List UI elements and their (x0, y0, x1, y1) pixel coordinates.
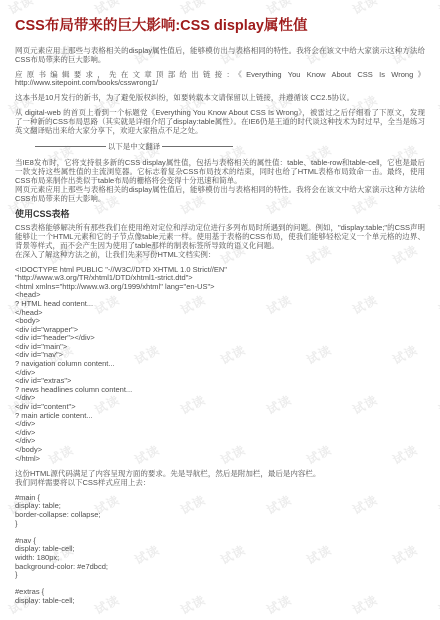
book-link-paragraph: 应原书编辑要求，先在文章顶部给出链接：《Everything You Know … (15, 71, 425, 89)
html-code-line: </html> (15, 455, 425, 464)
css-code-line: background-color: #e7dbcd; (15, 563, 425, 572)
html-code-line: ? navigation column content... (15, 360, 425, 369)
css-code-line: } (15, 520, 425, 529)
intro-repeat-paragraph: 网页元素应用上那些与表格相关的display属性值后，能够模仿出与表格相同的特性… (15, 186, 425, 204)
article-content: CSS布局带来的巨大影响:CSS display属性值 网页元素应用上那些与表格… (0, 0, 440, 606)
css-code-block: #main {display: table;border-collapse: c… (15, 494, 425, 606)
html-code-line: </div> (15, 437, 425, 446)
css-code-line: } (15, 571, 425, 580)
css-code-line: border-collapse: collapse; (15, 511, 425, 520)
html-code-line: </div> (15, 369, 425, 378)
html-code-line: </div> (15, 394, 425, 403)
source-note-paragraph: 从 digital-web 的首页上看到一个标题党《Everything You… (15, 109, 425, 135)
html-code-line: </body> (15, 446, 425, 455)
intro-paragraph: 网页元素应用上那些与表格相关的display属性值后，能够模仿出与表格相同的特性… (15, 47, 425, 65)
html-code-line: </div> (15, 429, 425, 438)
document-preview-page: 试读试读试读试读试读试读试读试读试读试读试读试读试读试读试读试读试读试读试读试读… (0, 0, 440, 620)
css-code-line: display: table-cell; (15, 545, 425, 554)
example-lead-paragraph: 在深入了解这种方法之前，让我们先来写份HTML文档实例： (15, 251, 425, 260)
divider-line-left (35, 146, 106, 147)
css-tables-paragraph: CSS表格能够解决所有那些我们在使用绝对定位和浮动定位进行多列布局时所遇到的问题… (15, 224, 425, 250)
html-code-line: <div id="main"> (15, 343, 425, 352)
ie8-paragraph: 当IE8发布时，它将支持很多新的CSS display属性值，包括与表格相关的属… (15, 159, 425, 185)
html-code-line: <div id="header"></div> (15, 334, 425, 343)
article-title: CSS布局带来的巨大影响:CSS display属性值 (15, 18, 425, 35)
translation-divider: 以下是中文翻译 (35, 141, 233, 152)
copyright-paragraph: 这本书是10月发行的新书，为了避免版权纠纷，如要转载本文请保留以上链接，并遵循该… (15, 94, 425, 103)
html-code-line: ? HTML head content... (15, 300, 425, 309)
css-code-line: #nav { (15, 537, 425, 546)
html-code-block: <!DOCTYPE html PUBLIC "-//W3C//DTD XHTML… (15, 266, 425, 464)
section-heading: 使用CSS表格 (15, 209, 425, 219)
css-code-line (15, 528, 425, 537)
css-code-line: display: table-cell; (15, 597, 425, 606)
html-code-line: </div> (15, 420, 425, 429)
divider-label: 以下是中文翻译 (106, 141, 163, 152)
css-code-line: #main { (15, 494, 425, 503)
html-code-line: ? news headlines column content... (15, 386, 425, 395)
html-code-line: </head> (15, 309, 425, 318)
css-lead-paragraph: 我们同样需要将以下CSS样式应用上去： (15, 479, 425, 488)
css-code-line (15, 580, 425, 589)
html-code-line: <html xmlns="http://www.w3.org/1999/xhtm… (15, 283, 425, 292)
html-code-line: ? main article content... (15, 412, 425, 421)
css-code-line: #extras { (15, 588, 425, 597)
divider-line-right (162, 146, 233, 147)
